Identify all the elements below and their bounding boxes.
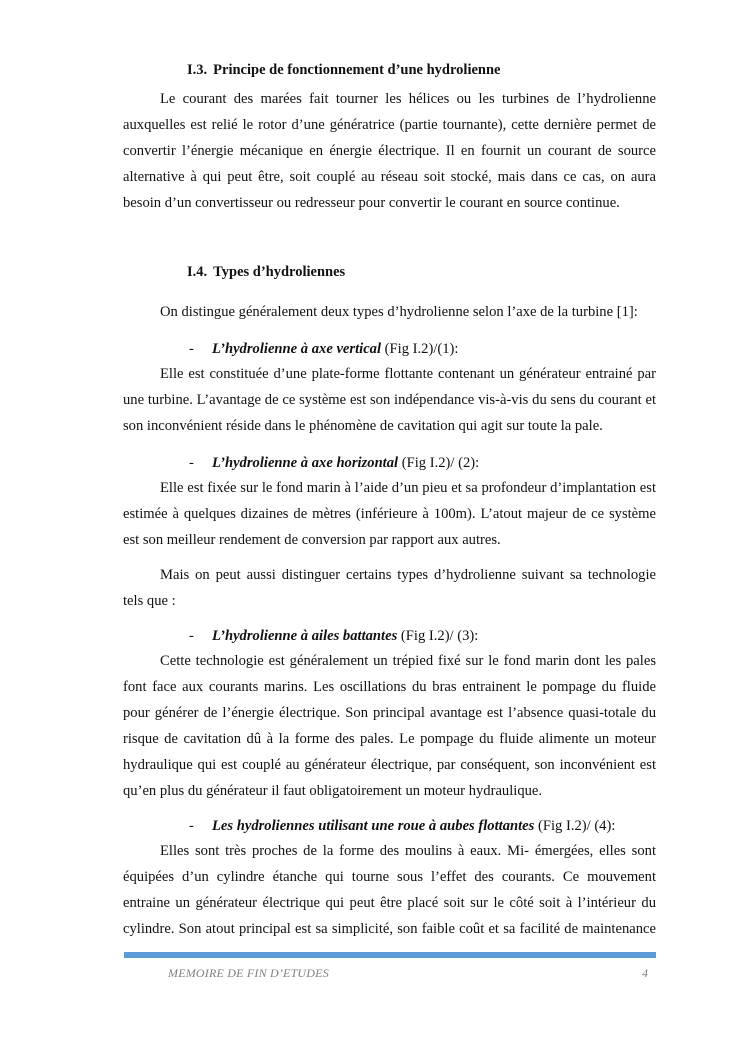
paragraph-roue-aubes: Elles sont très proches de la forme des … [123,838,656,942]
figure-ref: (Fig I.2)/ (4): [534,818,615,834]
list-item-roue-aubes: -Les hydroliennes utilisant une roue à a… [189,818,615,835]
section-title: Types d’hydroliennes [213,264,345,280]
figure-ref: (Fig I.2)/ (3): [397,628,478,644]
paragraph-principe: Le courant des marées fait tourner les h… [123,86,656,216]
footer-title: MEMOIRE DE FIN D’ETUDES [168,966,329,981]
paragraph-axe-horizontal: Elle est fixée sur le fond marin à l’aid… [123,475,656,553]
section-number: I.4. [187,264,207,280]
list-item-axe-vertical: -L’hydrolienne à axe vertical (Fig I.2)/… [189,341,458,358]
figure-ref: (Fig I.2)/(1): [381,341,458,357]
page-number: 4 [642,966,648,981]
item-title: L’hydrolienne à axe vertical [212,341,381,357]
section-heading-i3: I.3.Principe de fonctionnement d’une hyd… [187,62,500,79]
bullet-dash: - [189,818,212,835]
item-title: L’hydrolienne à axe horizontal [212,455,398,471]
list-item-ailes-battantes: -L’hydrolienne à ailes battantes (Fig I.… [189,628,478,645]
paragraph-axe-vertical: Elle est constituée d’une plate-forme fl… [123,361,656,439]
bullet-dash: - [189,341,212,358]
section-title: Principe de fonctionnement d’une hydroli… [213,62,500,78]
item-title: L’hydrolienne à ailes battantes [212,628,397,644]
paragraph-technologies: Mais on peut aussi distinguer certains t… [123,562,656,614]
bullet-dash: - [189,628,212,645]
paragraph-ailes-battantes: Cette technologie est généralement un tr… [123,648,656,804]
section-number: I.3. [187,62,207,78]
footer-divider-bar [124,952,656,958]
item-title: Les hydroliennes utilisant une roue à au… [212,818,534,834]
list-item-axe-horizontal: -L’hydrolienne à axe horizontal (Fig I.2… [189,455,479,472]
paragraph-intro: On distingue généralement deux types d’h… [123,299,656,325]
bullet-dash: - [189,455,212,472]
section-heading-i4: I.4.Types d’hydroliennes [187,264,345,281]
figure-ref: (Fig I.2)/ (2): [398,455,479,471]
